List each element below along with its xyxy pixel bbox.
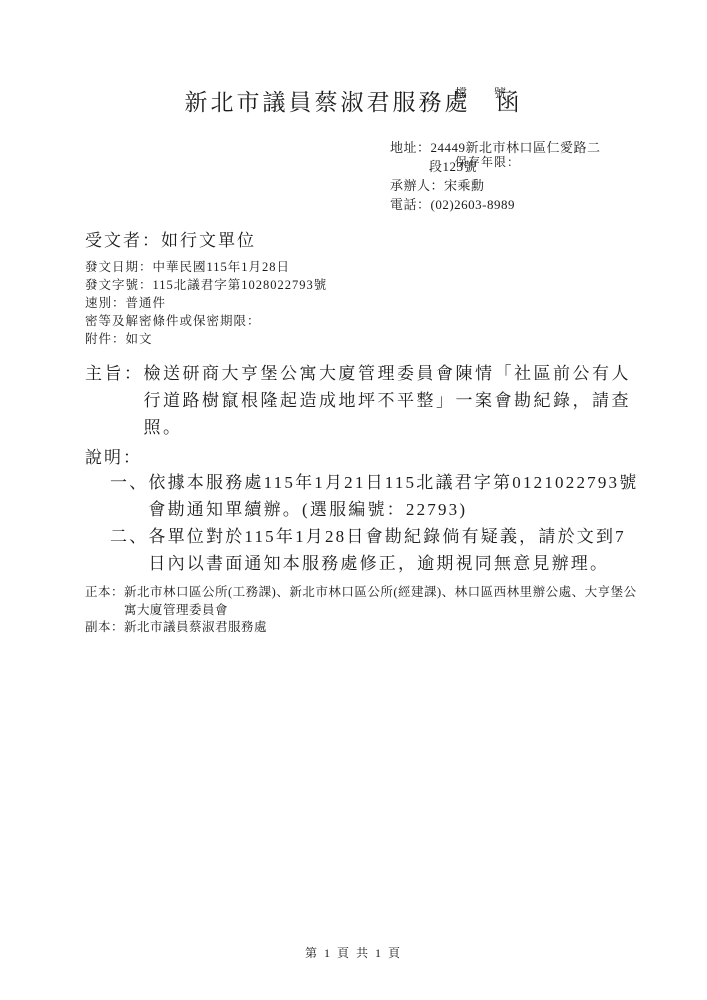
- original-recipients-line: 正本： 新北市林口區公所(工務課)、新北市林口區公所(經建課)、林口區西林里辦公…: [85, 584, 645, 619]
- explanation-items: 一、 依據本服務處115年1月21日115北議君字第0121022793號會勘通…: [110, 469, 640, 577]
- explanation-label: 說明：: [85, 443, 142, 468]
- official-letter-page: 檔 號： 保存年限： 新北市議員蔡淑君服務處函 地址：24449新北市林口區仁愛…: [0, 0, 707, 1000]
- document-type: 函: [497, 90, 523, 115]
- copy-label: 副本：: [85, 619, 124, 637]
- speed-label: 速別：: [85, 296, 126, 310]
- original-label: 正本：: [85, 584, 124, 602]
- recipient-label: 受文者：: [85, 231, 161, 250]
- item-1-number: 一、: [110, 469, 148, 496]
- security-label: 密等及解密條件或保密期限：: [85, 314, 261, 328]
- attachment-value: 如文: [126, 332, 153, 346]
- explanation-item-2: 二、 各單位對於115年1月28日會勘紀錄倘有疑義，請於文到7日內以書面通知本服…: [110, 523, 640, 577]
- speed-value: 普通件: [126, 296, 167, 310]
- item-2-text: 各單位對於115年1月28日會勘紀錄倘有疑義，請於文到7日內以書面通知本服務處修…: [148, 523, 640, 577]
- meta-line-speed: 速別：普通件: [85, 294, 327, 312]
- issue-date-label: 發文日期：: [85, 260, 153, 274]
- subject-section: 主旨： 檢送研商大亨堡公寓大廈管理委員會陳情「社區前公有人行道路樹竄根隆起造成地…: [85, 360, 637, 441]
- issue-date-value: 中華民國115年1月28日: [153, 260, 291, 274]
- doc-number-value: 115北議君字第1028022793號: [153, 278, 328, 292]
- address-line-1: 地址：24449新北市林口區仁愛路二: [390, 138, 601, 157]
- doc-number-label: 發文字號：: [85, 278, 153, 292]
- undertaker-name: 宋乘勳: [444, 178, 485, 193]
- undertaker-line: 承辦人：宋乘勳: [390, 176, 601, 195]
- phone-number: (02)2603-8989: [431, 197, 516, 212]
- document-meta-block: 發文日期：中華民國115年1月28日 發文字號：115北議君字第10280227…: [85, 258, 327, 348]
- recipient-value: 如行文單位: [161, 231, 256, 250]
- item-2-number: 二、: [110, 523, 148, 550]
- address-value-line1: 24449新北市林口區仁愛路二: [431, 140, 601, 155]
- meta-line-doc-number: 發文字號：115北議君字第1028022793號: [85, 276, 327, 294]
- issuing-office-name: 新北市議員蔡淑君服務處: [185, 90, 471, 115]
- copy-recipients-line: 副本： 新北市議員蔡淑君服務處: [85, 619, 645, 637]
- meta-line-attachment: 附件：如文: [85, 330, 327, 348]
- meta-line-security: 密等及解密條件或保密期限：: [85, 312, 327, 330]
- copy-recipients: 新北市議員蔡淑君服務處: [124, 619, 645, 637]
- address-label: 地址：: [390, 140, 431, 155]
- meta-line-issue-date: 發文日期：中華民國115年1月28日: [85, 258, 327, 276]
- address-line-2: 段123號: [390, 157, 601, 176]
- undertaker-label: 承辦人：: [390, 178, 444, 193]
- subject-text: 檢送研商大亨堡公寓大廈管理委員會陳情「社區前公有人行道路樹竄根隆起造成地坪不平整…: [144, 360, 638, 441]
- distribution-block: 正本： 新北市林口區公所(工務課)、新北市林口區公所(經建課)、林口區西林里辦公…: [85, 584, 645, 637]
- explanation-item-1: 一、 依據本服務處115年1月21日115北議君字第0121022793號會勘通…: [110, 469, 640, 523]
- phone-label: 電話：: [390, 197, 431, 212]
- attachment-label: 附件：: [85, 332, 126, 346]
- page-number-footer: 第 1 頁 共 1 頁: [0, 944, 707, 961]
- recipient-line: 受文者：如行文單位: [85, 226, 256, 251]
- document-title: 新北市議員蔡淑君服務處函: [0, 84, 707, 117]
- sender-contact-block: 地址：24449新北市林口區仁愛路二 段123號 承辦人：宋乘勳 電話：(02)…: [390, 138, 601, 214]
- original-recipients: 新北市林口區公所(工務課)、新北市林口區公所(經建課)、林口區西林里辦公處、大亨…: [124, 584, 645, 619]
- subject-label: 主旨：: [85, 360, 144, 387]
- item-1-text: 依據本服務處115年1月21日115北議君字第0121022793號會勘通知單續…: [148, 469, 640, 523]
- phone-line: 電話：(02)2603-8989: [390, 195, 601, 214]
